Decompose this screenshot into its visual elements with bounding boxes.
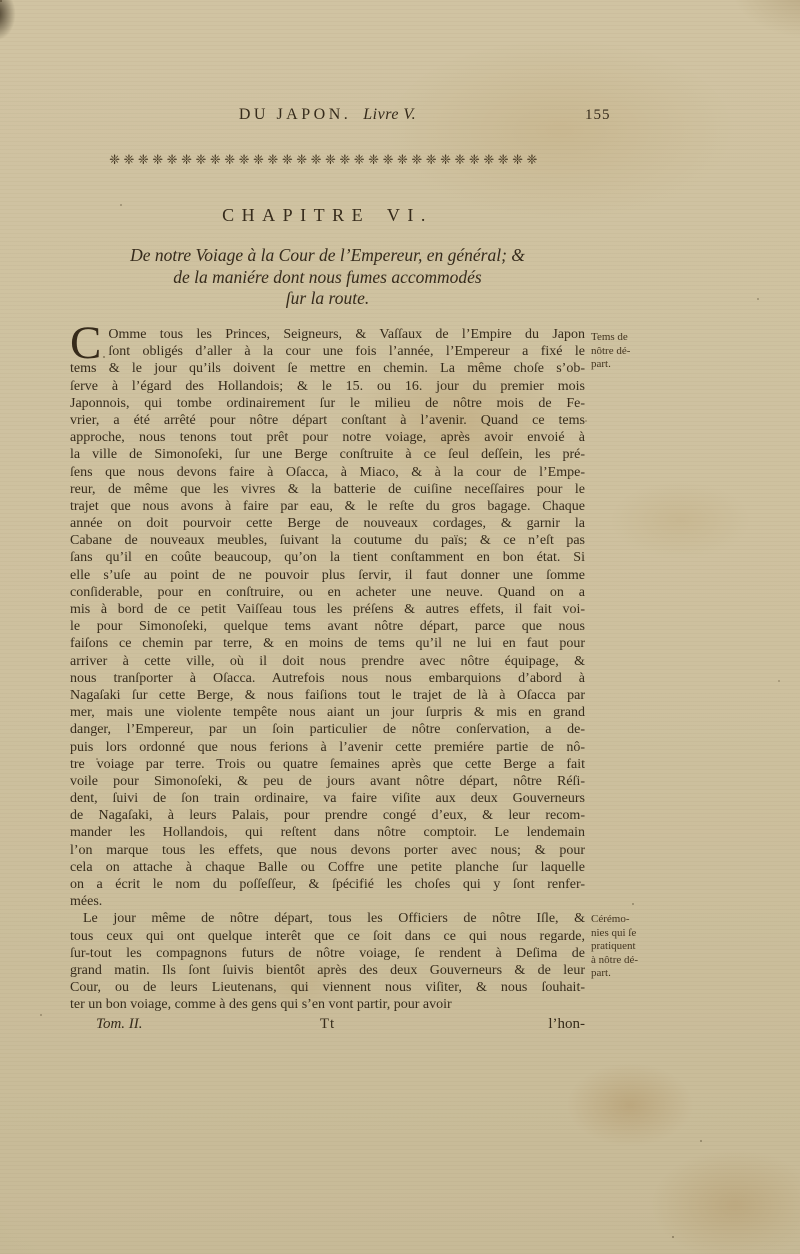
page-footer: Tom. II. Tt l’hon- [70, 1016, 585, 1034]
text-line: année on doit pourvoir cette Berge de no… [70, 515, 585, 532]
text-line: tems & le jour qu’ils doivent ſe mettre … [70, 360, 585, 377]
page-number: 155 [585, 107, 611, 124]
margin-note-departure-time: Tems denôtre dé-part. [591, 331, 661, 372]
text-line: nous tranſporter à Oſacca. Autrefois nou… [70, 670, 585, 687]
text-line: mis à bord de ce petit Vaiſſeau tous les… [70, 601, 585, 618]
text-line: Le jour même de nôtre départ, tous les O… [70, 910, 585, 927]
chapter-title-line: De notre Voiage à la Cour de l’Empereur,… [70, 245, 585, 267]
margin-note-line: Cérémo- [591, 913, 661, 927]
text-line: conſiderable, pour en conſtruire, ou en … [70, 584, 585, 601]
text-line: ſans qu’il en coûte beaucoup, qu’on la t… [70, 549, 585, 566]
text-line: le pour Simonoſeki, quelque tems avant n… [70, 618, 585, 635]
book-page: DU JAPON.Livre V. 155 ❈❈❈❈❈❈❈❈❈❈❈❈❈❈❈❈❈❈… [0, 0, 800, 1254]
text-line: Cabane de nouveaux meubles, ſuivant la c… [70, 532, 585, 549]
text-line: ſur-tout les compagnons futurs de nôtre … [70, 945, 585, 962]
text-line: danger, l’Empereur, par un ſoin particul… [70, 721, 585, 738]
drop-cap-initial: C [70, 326, 101, 360]
book-title: Livre V. [363, 106, 416, 123]
text-line: reur, de même que les vivres & la batter… [70, 481, 585, 498]
text-line: de Nagaſaki, à leurs Palais, pour prendr… [70, 807, 585, 824]
margin-note-line: à nôtre dé- [591, 954, 661, 968]
text-line: ſont obligés d’aller à la cour une fois … [70, 343, 585, 360]
text-line: on a écrit le nom du poſſeſſeur, & ſpéci… [70, 876, 585, 893]
margin-note-ceremonies: Cérémo-nies qui ſepratiquentà nôtre dé-p… [591, 913, 661, 981]
text-line: puis lors ordonné que nous ferions à l’a… [70, 739, 585, 756]
chapter-title-line: de la maniére dont nous fumes accommodés [70, 267, 585, 289]
text-line: voile pour Simonoſeki, & peu de jours av… [70, 773, 585, 790]
text-line: mander les Hollandois, qui reſtent dans … [70, 824, 585, 841]
margin-note-line: part. [591, 358, 661, 372]
text-line: cela on attache à chaque Balle ou Coffre… [70, 859, 585, 876]
margin-note-line: part. [591, 967, 661, 981]
margin-note-line: pratiquent [591, 940, 661, 954]
text-line: tre voiage par terre. Trois ou quatre ſe… [70, 756, 585, 773]
text-line: trajet que nous avons à faire par eau, &… [70, 498, 585, 515]
text-line: Nagaſaki ſur cette Berge, & nous faiſion… [70, 687, 585, 704]
text-line: Omme tous les Princes, Seigneurs, & Vaſſ… [70, 326, 585, 343]
paper-specks [0, 0, 2, 2]
chapter-heading: CHAPITRE VI. [70, 205, 585, 226]
text-line: Japonnois, qui tombe ordinairement ſur l… [70, 395, 585, 412]
chapter-title: De notre Voiage à la Cour de l’Empereur,… [70, 245, 585, 310]
margin-note-line: nies qui ſe [591, 927, 661, 941]
text-line: ter un bon voiage, comme à des gens qui … [70, 996, 585, 1013]
text-line: mer, mais une violente tempête nous aian… [70, 704, 585, 721]
running-header: DU JAPON.Livre V. [70, 106, 585, 124]
text-line: vrier, a été arrêté pour nôtre départ co… [70, 412, 585, 429]
text-line: approche, nous tenons tout prêt pour not… [70, 429, 585, 446]
chapter-title-line: ſur la route. [70, 288, 585, 310]
text-line: Cour, ou de leurs Lieutenans, qui vienne… [70, 979, 585, 996]
text-line: l’on marque tous les effets, que nous de… [70, 842, 585, 859]
text-line: la ville de Simonoſeki, ſur une Berge co… [70, 446, 585, 463]
text-line: ſerve à l’égard des Hollandois; & le 15.… [70, 378, 585, 395]
text-line: tous ceux qui ont quelque interêt que ce… [70, 928, 585, 945]
text-line: dent, ſuivi de ſon train ordinaire, va f… [70, 790, 585, 807]
text-line: arriver à cette ville, où il doit nous p… [70, 653, 585, 670]
catchword: l’hon- [548, 1016, 585, 1033]
paragraph-1: C Omme tous les Princes, Seigneurs, & Va… [70, 326, 585, 910]
running-head-title: DU JAPON. [239, 106, 351, 123]
ornament-band: ❈❈❈❈❈❈❈❈❈❈❈❈❈❈❈❈❈❈❈❈❈❈❈❈❈❈❈❈❈❈ [64, 153, 586, 168]
text-line: faiſons ce chemin par terre, & en moins … [70, 635, 585, 652]
text-line: grand matin. Ils ſont ſuivis bientôt apr… [70, 962, 585, 979]
margin-note-line: nôtre dé- [591, 345, 661, 359]
margin-note-line: Tems de [591, 331, 661, 345]
text-line: elle s’uſe au point de ne pouvoir plus ſ… [70, 567, 585, 584]
text-line: mées. [70, 893, 585, 910]
text-line: ſens que nous devons faire à Oſacca, à M… [70, 464, 585, 481]
paragraph-2: Le jour même de nôtre départ, tous les O… [70, 910, 585, 1013]
signature-mark: Tt [70, 1016, 585, 1033]
body-text: C Omme tous les Princes, Seigneurs, & Va… [70, 326, 585, 1014]
